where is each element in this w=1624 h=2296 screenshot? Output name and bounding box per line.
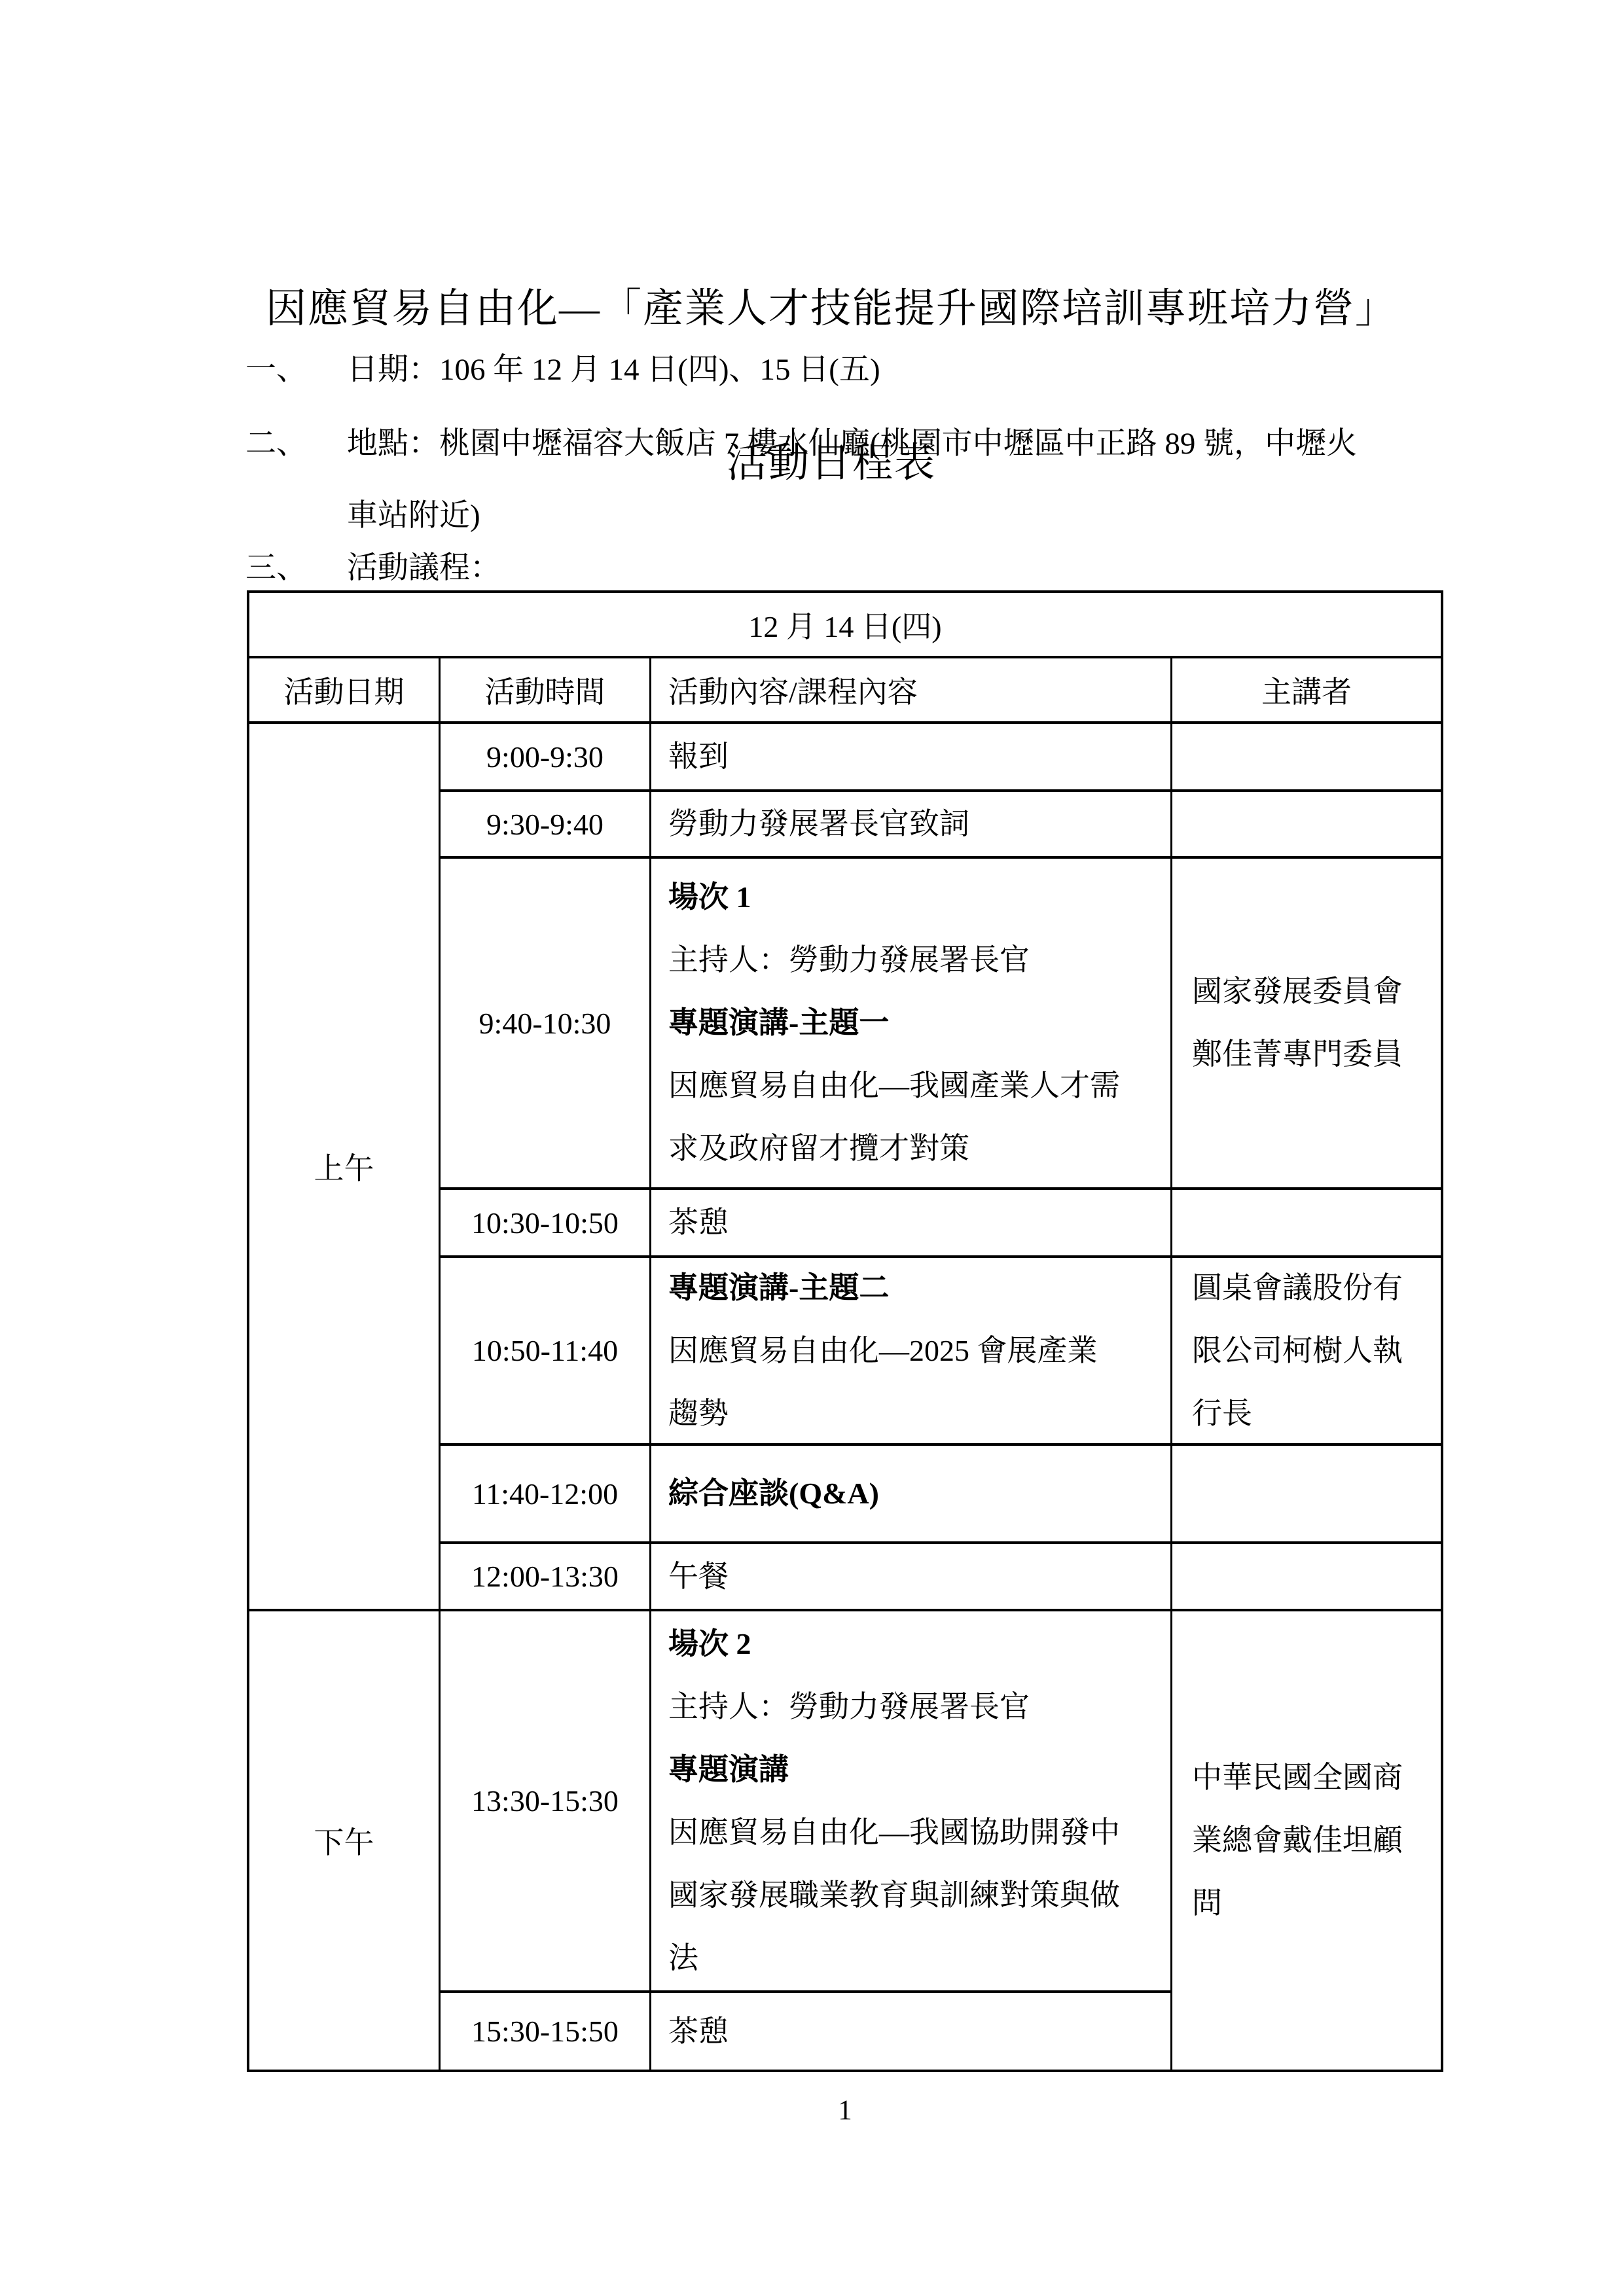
list-marker: 二、 [245, 408, 347, 480]
document-page: 因應貿易自由化—「產業人才技能提升國際培訓專班培力營」 活動日程表 一、日期：1… [0, 0, 1624, 2296]
content-line: 主持人：勞動力發展署長官 [668, 929, 1030, 992]
list-item-date: 一、日期：106 年 12 月 14 日(四)、15 日(五) [245, 334, 1443, 406]
time-cell: 11:40-12:00 [441, 1446, 651, 1544]
content-cell: 專題演講-主題二 因應貿易自由化—2025 會展產業 趨勢 [651, 1258, 1172, 1446]
schedule-table: 12 月 14 日(四) 活動日期 活動時間 活動內容/課程內容 主講者 上午 … [247, 590, 1443, 2072]
column-header-content: 活動內容/課程內容 [651, 658, 1172, 724]
content-line: 趨勢 [668, 1382, 729, 1445]
content-line: 因應貿易自由化—我國協助開發中 [668, 1801, 1120, 1864]
content-line: 因應貿易自由化—我國產業人才需 [668, 1054, 1120, 1117]
content-line: 專題演講 [668, 1738, 789, 1801]
content-line: 求及政府留才攬才對策 [668, 1117, 969, 1180]
content-line: 報到 [668, 725, 729, 788]
content-line: 午餐 [668, 1545, 729, 1608]
content-line: 國家發展職業教育與訓練對策與做 [668, 1864, 1120, 1927]
content-cell: 茶憩 [651, 1993, 1172, 2070]
speaker-cell: 中華民國全國商 業總會戴佳坦顧 問 [1172, 1611, 1441, 2070]
time-cell: 10:30-10:50 [441, 1190, 651, 1258]
speaker-cell [1172, 724, 1441, 792]
content-cell: 場次 1 主持人：勞動力發展署長官 專題演講-主題一 因應貿易自由化—我國產業人… [651, 859, 1172, 1190]
content-cell: 午餐 [651, 1544, 1172, 1611]
content-line: 專題演講-主題一 [668, 992, 889, 1054]
page-number: 1 [247, 2094, 1443, 2127]
content-cell: 勞動力發展署長官致詞 [651, 792, 1172, 859]
speaker-cell [1172, 792, 1441, 859]
content-cell: 茶憩 [651, 1190, 1172, 1258]
content-line: 場次 2 [668, 1613, 751, 1676]
content-line: 場次 1 [668, 866, 751, 929]
column-header-speaker: 主講者 [1172, 658, 1441, 724]
list-text-date: 日期：106 年 12 月 14 日(四)、15 日(五) [347, 334, 1443, 406]
speaker-cell: 圓桌會議股份有 限公司柯樹人執 行長 [1172, 1258, 1441, 1446]
content-line: 因應貿易自由化—2025 會展產業 [668, 1319, 1098, 1382]
content-line: 法 [668, 1927, 698, 1990]
content-cell: 綜合座談(Q&A) [651, 1446, 1172, 1544]
content-line: 勞動力發展署長官致詞 [668, 793, 969, 855]
speaker-cell: 國家發展委員會 鄭佳菁專門委員 [1172, 859, 1441, 1190]
content-cell: 報到 [651, 724, 1172, 792]
content-line: 綜合座談(Q&A) [668, 1462, 879, 1525]
column-header-time: 活動時間 [441, 658, 651, 724]
content-line: 茶憩 [668, 2000, 729, 2063]
column-header-date: 活動日期 [249, 658, 441, 724]
time-cell: 9:00-9:30 [441, 724, 651, 792]
list-item-location: 二、地點：桃園中壢福容大飯店 7 樓水仙廳(桃園市中壢區中正路 89 號，中壢火… [245, 408, 1443, 552]
content-line: 茶憩 [668, 1191, 729, 1254]
list-marker: 一、 [245, 334, 347, 406]
speaker-cell [1172, 1190, 1441, 1258]
time-cell: 13:30-15:30 [441, 1611, 651, 1993]
list-text-location: 地點：桃園中壢福容大飯店 7 樓水仙廳(桃園市中壢區中正路 89 號，中壢火 車… [347, 408, 1443, 552]
table-date-header: 12 月 14 日(四) [249, 593, 1441, 658]
section-label-morning: 上午 [249, 724, 441, 1611]
speaker-cell [1172, 1544, 1441, 1611]
content-line: 專題演講-主題二 [668, 1258, 889, 1319]
speaker-cell [1172, 1446, 1441, 1544]
time-cell: 9:40-10:30 [441, 859, 651, 1190]
time-cell: 10:50-11:40 [441, 1258, 651, 1446]
time-cell: 9:30-9:40 [441, 792, 651, 859]
time-cell: 15:30-15:50 [441, 1993, 651, 2070]
time-cell: 12:00-13:30 [441, 1544, 651, 1611]
section-label-afternoon: 下午 [249, 1611, 441, 2070]
content-line: 主持人：勞動力發展署長官 [668, 1676, 1030, 1738]
content-cell: 場次 2 主持人：勞動力發展署長官 專題演講 因應貿易自由化—我國協助開發中 國… [651, 1611, 1172, 1993]
